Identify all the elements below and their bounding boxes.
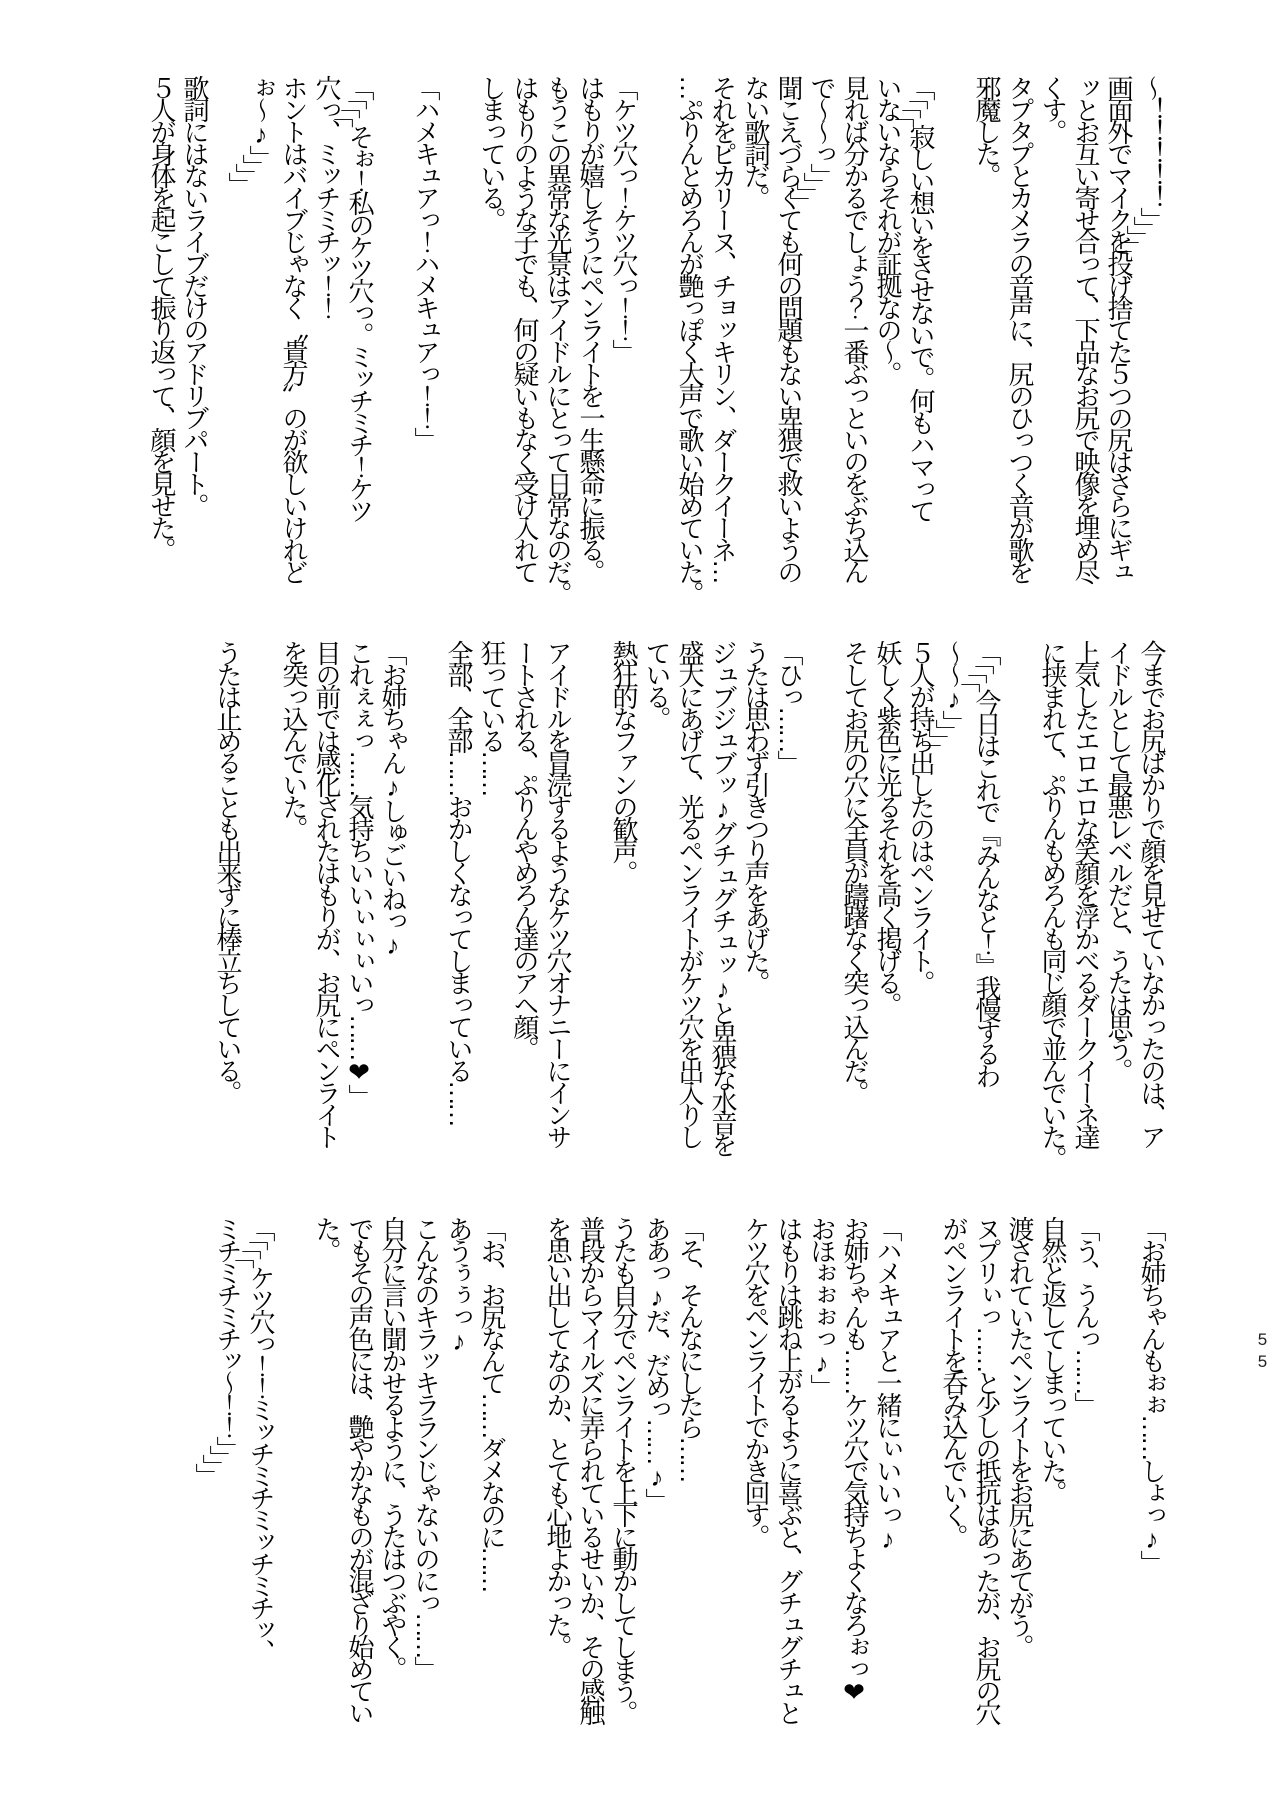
nested-quote-bracket: 「 bbox=[324, 115, 354, 124]
nested-quote-bracket: 「 bbox=[892, 106, 922, 115]
paragraph: そしてお尻の穴に全員が躊躇なく突っ込んだ。 bbox=[838, 640, 871, 1202]
paragraph: それをピカリーヌ、チョッキリン、ダークイーネ……ぷりんとめろんが艶っぽく大声で歌… bbox=[673, 75, 739, 623]
nested-quote-bracket: 」 bbox=[232, 163, 262, 172]
paragraph: アイドルを冒涜するようなケツ穴オナニーにインサートされる、ぷりんやめろん達のアヘ… bbox=[508, 640, 574, 1202]
paragraph: 歌詞にはないライブだけのアドリブパート。５人が身体を起こして振り返って、顔を見せ… bbox=[145, 75, 211, 623]
nested-quote-bracket: 「 bbox=[232, 1247, 262, 1256]
nested-quote-bracket: 」 bbox=[1123, 225, 1153, 234]
nested-quote-bracket: 」 bbox=[925, 728, 955, 737]
nested-quote-bracket: 「 bbox=[239, 1238, 269, 1247]
nested-quote-bracket: 」 bbox=[239, 154, 269, 163]
paragraph: 上気したエロエロな笑顔を浮かべるダークイーネ達に挟まれて、ぷりんもめろんも同じ顔… bbox=[1036, 640, 1102, 1202]
nested-quote-bracket: 」 bbox=[206, 1445, 236, 1454]
paragraph: もうこの異常な光景はアイドルにとって日常なのだ。はもりのような子でも、何の疑いも… bbox=[475, 75, 574, 623]
text-band-1: 〜！！！！！」」」」」画面外でマイクを投げ捨てた５つの尻はさらにギュッとお互い寄… bbox=[145, 75, 1168, 623]
paragraph: 「ケツ穴っ！ケツ穴っ！！」 bbox=[607, 75, 640, 623]
nested-quote-bracket: 「 bbox=[331, 106, 361, 115]
nested-quote-bracket: 」 bbox=[199, 1454, 229, 1463]
paragraph: 全部、全部……おかしくなってしまっている…… bbox=[442, 640, 475, 1202]
nested-quote-bracket: 」 bbox=[918, 737, 948, 759]
paragraph: 〜！！！！！」」」」」 bbox=[1135, 75, 1168, 623]
paragraph: 「お姉ちゃん♪しゅごいねっ♪これぇぇっ……気持ちいいぃぃぃいっ……❤」 bbox=[343, 640, 409, 1202]
paragraph: 目の前では感化されたはもりが、お尻にペンライトを突っ込んでいた。 bbox=[277, 640, 343, 1202]
nested-quote-bracket: 」 bbox=[1116, 234, 1146, 243]
text-band-2: 今までお尻ばかりで顔を見せていなかったのは、アイドルとして最悪レベルだと、うたは… bbox=[211, 640, 1168, 1202]
paragraph: 熱狂的なファンの歓声。 bbox=[607, 640, 640, 1202]
nested-quote-bracket: 」 bbox=[793, 181, 823, 190]
paragraph: うたも自分でペンライトを上下に動かしてしまう。 bbox=[607, 1216, 640, 1804]
paragraph: 「ひっ……」 bbox=[772, 640, 805, 1202]
nested-quote-bracket: 「 bbox=[338, 97, 368, 106]
paragraph: タプタプとカメラの音声に、尻のひっつく音が歌を邪魔した。 bbox=[970, 75, 1036, 623]
nested-quote-bracket: 」 bbox=[786, 190, 816, 212]
novel-page: 〜！！！！！」」」」」画面外でマイクを投げ捨てた５つの尻はさらにギュッとお互い寄… bbox=[0, 0, 1280, 1808]
paragraph: 自分に言い聞かせるように、うたはつぶやく。 bbox=[376, 1216, 409, 1804]
paragraph: 自然と返してしまっていた。 bbox=[1036, 1216, 1069, 1804]
paragraph: 「お、お尻なんて……ダメなのに……あうぅぅっ♪こんなのキラッキラランじゃないのに… bbox=[409, 1216, 508, 1804]
paragraph: ジュブジュブッ♪グチュグチュッ♪と卑猥な水音を盛大にあげて、光るペンライトがケツ… bbox=[640, 640, 739, 1202]
paragraph: 「「「「そぉ！私のケツ穴っ。ミッチミチ！ケツ穴っ、ミッチミチッ！！ホントはバイブ… bbox=[244, 75, 376, 623]
paragraph: 狂っている…… bbox=[475, 640, 508, 1202]
text-band-3: 「お姉ちゃんもぉぉ……しょっ♪」「う、うんっ……」自然と返してしまっていた。渡さ… bbox=[211, 1216, 1168, 1804]
paragraph: うたは思わず引きつり声をあげた。 bbox=[739, 640, 772, 1202]
paragraph: 「う、うんっ……」 bbox=[1069, 1216, 1102, 1804]
nested-quote-bracket: 「 bbox=[885, 115, 915, 124]
paragraph: 今までお尻ばかりで顔を見せていなかったのは、アイドルとして最悪レベルだと、うたは… bbox=[1102, 640, 1168, 1202]
paragraph: 「「「「今日はこれで『みんなと！』我慢するわ〜〜♪」」」」 bbox=[937, 640, 1003, 1202]
nested-quote-bracket: 」 bbox=[1109, 243, 1139, 265]
paragraph: 聞こえづらくても何の問題もない卑猥で救いようのない歌詞だ。 bbox=[739, 75, 805, 623]
nested-quote-bracket: 」 bbox=[192, 1463, 222, 1485]
nested-quote-bracket: 」 bbox=[1130, 216, 1160, 225]
paragraph: 妖しく紫色に光るそれを高く掲げる。 bbox=[871, 640, 904, 1202]
paragraph: 「そ、そんなにしたら……ああっ♪だ、だめっ……♪」 bbox=[640, 1216, 706, 1804]
paragraph: ヌプリぃっ……と少しの抵抗はあったが、お尻の穴がペンライトを呑み込んでいく。 bbox=[937, 1216, 1003, 1804]
paragraph: でもその声色には、艶やかなものが混ざり始めていた。 bbox=[310, 1216, 376, 1804]
nested-quote-bracket: 「 bbox=[899, 97, 929, 106]
page-number: 55 bbox=[1252, 1330, 1272, 1374]
paragraph: 「お姉ちゃんもぉぉ……しょっ♪」 bbox=[1135, 1216, 1168, 1804]
paragraph: 「ハメキュアと一緒にぃいいっ♪お姉ちゃんも……ケツ穴で気持ちよくなろぉっ❤おほぉ… bbox=[805, 1216, 904, 1804]
nested-quote-bracket: 「 bbox=[225, 1256, 255, 1265]
nested-quote-bracket: 」 bbox=[932, 719, 962, 728]
paragraph: 普段からマイルズに弄られているせいか、その感触を思い出してなのか、とても心地よか… bbox=[541, 1216, 607, 1804]
paragraph: 渡されていたペンライトをお尻にあてがう。 bbox=[1003, 1216, 1036, 1804]
paragraph: 「「「「ケツ穴っ！！ミッチミチミッチミチッ、ミチミチミチッ〜！！」」」」 bbox=[211, 1216, 277, 1804]
nested-quote-bracket: 」 bbox=[800, 172, 830, 181]
paragraph: うたは止めることも出来ずに棒立ちしている。 bbox=[211, 640, 244, 1202]
nested-quote-bracket: 」 bbox=[225, 172, 255, 194]
paragraph: 「ハメキュアっ！ハメキュアっ！！」 bbox=[409, 75, 442, 623]
paragraph: 「「「「寂しい想いをさせないで。何もハマっていないならそれが証拠なの〜。見れば分… bbox=[805, 75, 937, 623]
nested-quote-bracket: 「 bbox=[958, 671, 988, 680]
nested-quote-bracket: 「 bbox=[951, 680, 981, 689]
paragraph: はもりは跳ね上がるように喜ぶと、グチュグチュとケツ穴をペンライトでかき回す。 bbox=[739, 1216, 805, 1804]
paragraph: 画面外でマイクを投げ捨てた５つの尻はさらにギュッとお互い寄せ合って、下品なお尻で… bbox=[1036, 75, 1135, 623]
nested-quote-bracket: 「 bbox=[965, 662, 995, 671]
paragraph: はもりが嬉しそうにペンライトを一生懸命に振る。 bbox=[574, 75, 607, 623]
